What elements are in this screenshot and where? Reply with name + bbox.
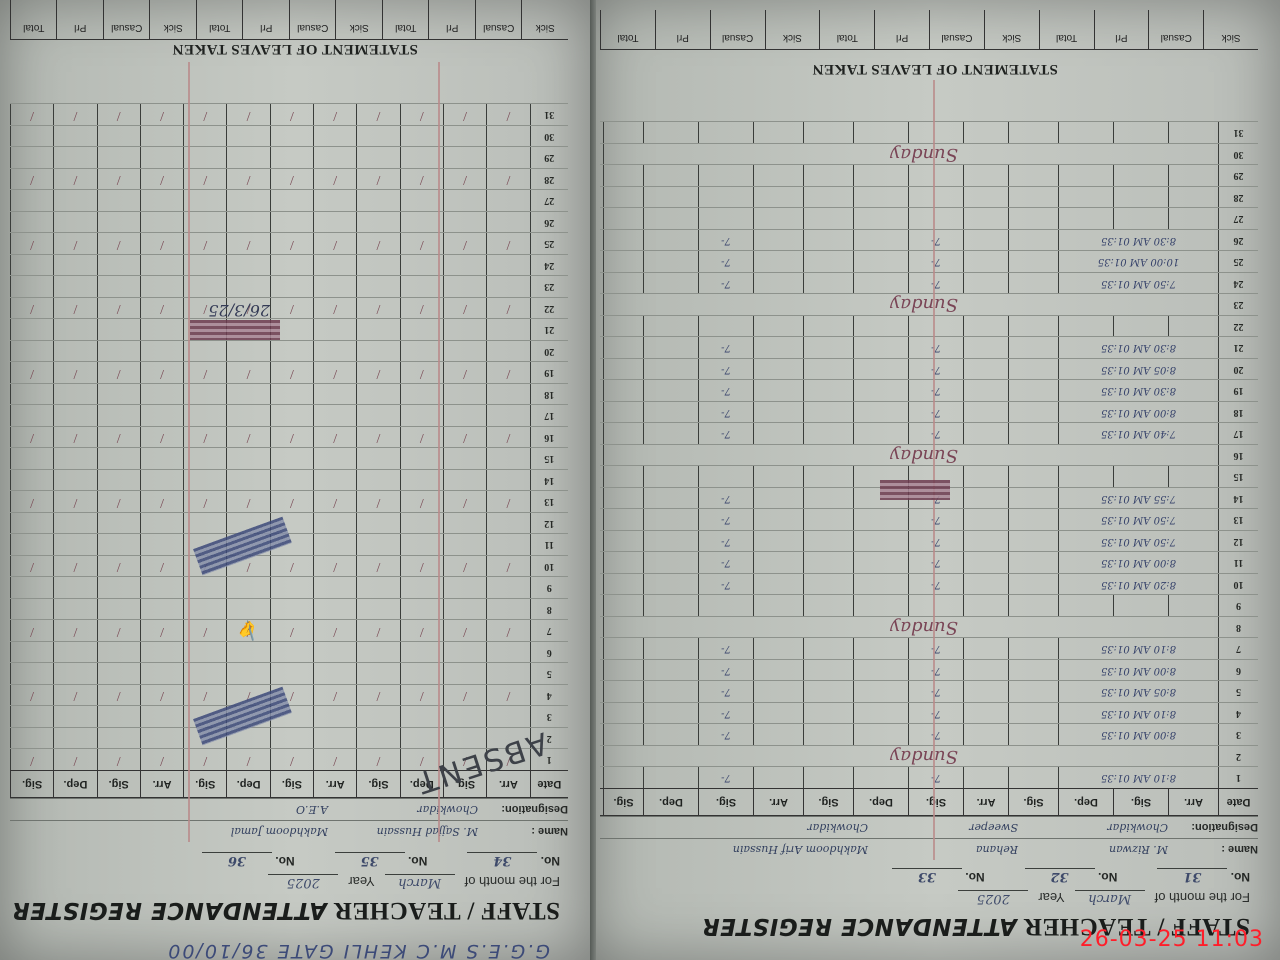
date-cell: 20 (1218, 359, 1258, 380)
table-row: 22 (600, 315, 1258, 337)
attendance-cell (643, 359, 698, 380)
attendance-cell: / (10, 298, 53, 319)
attendance-cell (226, 255, 269, 276)
attendance-cell: / (10, 492, 53, 513)
attendance-cell (1168, 187, 1218, 208)
attendance-cell (753, 467, 803, 488)
attendance-cell (1168, 123, 1218, 144)
attendance-cell: / (443, 492, 486, 513)
attendance-cell (803, 424, 853, 445)
attendance-cell: / (356, 105, 399, 126)
table-row: 218:30 AM 01:357-7- (600, 337, 1258, 359)
attendance-cell (443, 449, 486, 470)
attendance-cell (603, 381, 643, 402)
leave-column-header: Casual (475, 0, 522, 39)
attendance-cell (803, 381, 853, 402)
attendance-cell (226, 341, 269, 362)
attendance-cell (443, 599, 486, 620)
table-row: 23 (10, 276, 568, 298)
attendance-cell (643, 510, 698, 531)
table-row: 8 (10, 598, 568, 620)
attendance-cell (313, 255, 356, 276)
attendance-cell (97, 707, 140, 728)
attendance-cell (753, 682, 803, 703)
attendance-cell: / (486, 492, 529, 513)
attendance-cell (53, 406, 96, 427)
attendance-cell (963, 510, 1008, 531)
table-row: 38:00 AM 01:357-7- (600, 724, 1258, 746)
table-row: 198:30 AM 01:357-7- (600, 380, 1258, 402)
attendance-cell: / (97, 685, 140, 706)
attendance-cell (313, 212, 356, 233)
attendance-cell (97, 320, 140, 341)
attendance-cell (963, 639, 1008, 660)
attendance-cell: / (356, 492, 399, 513)
attendance-cell: / (486, 556, 529, 577)
attendance-cell (803, 510, 853, 531)
attendance-cell (356, 664, 399, 685)
attendance-cell: / (226, 750, 269, 771)
attendance-cell (908, 123, 963, 144)
attendance-cell (643, 553, 698, 574)
attendance-cell (603, 316, 643, 337)
attendance-cell (1113, 166, 1168, 187)
table-row: 10//////////// (10, 555, 568, 577)
attendance-cell (803, 252, 853, 273)
attendance-cell (443, 148, 486, 169)
date-cell: 3 (1218, 725, 1258, 746)
attendance-cell (400, 148, 443, 169)
attendance-cell (753, 725, 803, 746)
official-stamp (190, 320, 280, 340)
attendance-cell: / (270, 556, 313, 577)
date-cell: 26 (1218, 230, 1258, 251)
attendance-cell (270, 449, 313, 470)
date-cell: 4 (530, 685, 568, 706)
attendance-cell: / (443, 685, 486, 706)
attendance-cell: / (486, 685, 529, 706)
attendance-cell (643, 596, 698, 617)
attendance-cell (443, 384, 486, 405)
table-row: 19//////////// (10, 362, 568, 384)
attendance-cell (643, 338, 698, 359)
date-cell: 14 (530, 470, 568, 491)
attendance-cell: / (270, 169, 313, 190)
attendance-cell (97, 255, 140, 276)
attendance-cell (753, 252, 803, 273)
attendance-cell (10, 707, 53, 728)
attendance-cell (1113, 596, 1168, 617)
attendance-cell (753, 660, 803, 681)
attendance-cell: / (400, 234, 443, 255)
attendance-cell (753, 230, 803, 251)
attendance-cell (753, 510, 803, 531)
attendance-cell (400, 513, 443, 534)
attendance-cell (53, 277, 96, 298)
attendance-cell: / (356, 298, 399, 319)
attendance-cell (10, 255, 53, 276)
date-cell: 9 (530, 578, 568, 599)
attendance-cell (1008, 488, 1058, 509)
attendance-cell (226, 384, 269, 405)
attendance-cell (226, 148, 269, 169)
attendance-cell (803, 230, 853, 251)
leave-column-header: Sick (336, 0, 383, 39)
attendance-cell (443, 707, 486, 728)
attendance-cell: / (10, 621, 53, 642)
table-row: 118:00 AM 01:357-7- (600, 552, 1258, 574)
attendance-cell (1058, 166, 1113, 187)
attendance-cell: / (53, 169, 96, 190)
attendance-cell (400, 126, 443, 147)
attendance-cell (643, 488, 698, 509)
attendance-cell (226, 277, 269, 298)
attendance-cell (486, 341, 529, 362)
date-cell: 28 (1218, 187, 1258, 208)
statement-of-leaves-title: STATEMENT OF LEAVES TAKEN (0, 40, 590, 57)
sunday-mark: Sunday (603, 445, 1218, 466)
attendance-cell (10, 191, 53, 212)
column-header-arr: Arr. (140, 771, 183, 797)
attendance-cell: / (97, 750, 140, 771)
attendance-cell (400, 578, 443, 599)
attendance-cell (963, 166, 1008, 187)
attendance-cell: / (356, 685, 399, 706)
attendance-cell: / (486, 234, 529, 255)
attendance-cell (963, 230, 1008, 251)
attendance-cell (1168, 209, 1218, 230)
attendance-cell: / (443, 105, 486, 126)
attendance-cell (603, 230, 643, 251)
date-cell: 25 (530, 234, 568, 255)
date-cell: 3 (530, 707, 568, 728)
date-cell: 17 (1218, 424, 1258, 445)
attendance-cell (10, 320, 53, 341)
attendance-cell: / (140, 556, 183, 577)
attendance-cell (486, 599, 529, 620)
attendance-cell: / (443, 556, 486, 577)
attendance-cell (486, 212, 529, 233)
attendance-cell (853, 166, 908, 187)
attendance-cell: / (97, 621, 140, 642)
attendance-cell (486, 406, 529, 427)
attendance-cell (400, 341, 443, 362)
attendance-cell (698, 187, 753, 208)
column-header-sig: Sig. (10, 771, 53, 797)
attendance-cell (140, 535, 183, 556)
attendance-cell (10, 384, 53, 405)
attendance-cell (10, 513, 53, 534)
arrival-departure-entry: 8:30 AM 01:35 (1058, 338, 1218, 359)
attendance-cell: / (53, 105, 96, 126)
attendance-cell (53, 212, 96, 233)
attendance-cell (270, 126, 313, 147)
attendance-cell (313, 578, 356, 599)
attendance-cell (140, 255, 183, 276)
attendance-cell (853, 531, 908, 552)
attendance-cell (1008, 402, 1058, 423)
attendance-cell (643, 639, 698, 660)
signature-date: 26/3/25 (208, 301, 270, 320)
attendance-cell (908, 187, 963, 208)
attendance-cell (313, 513, 356, 534)
attendance-cell (486, 255, 529, 276)
attendance-cell (803, 574, 853, 595)
attendance-cell: / (97, 492, 140, 513)
attendance-cell (753, 553, 803, 574)
attendance-cell: 7- (698, 768, 753, 789)
attendance-cell (753, 359, 803, 380)
attendance-cell (908, 596, 963, 617)
attendance-cell (603, 703, 643, 724)
attendance-cell: / (53, 621, 96, 642)
attendance-cell: / (400, 492, 443, 513)
leave-column-header: Prl (1094, 10, 1149, 49)
attendance-cell: / (270, 492, 313, 513)
attendance-cell (643, 402, 698, 423)
year-value: 2025 (958, 890, 1028, 906)
table-row: 28 (600, 186, 1258, 208)
attendance-cell (443, 535, 486, 556)
column-header-dep: Dep. (53, 771, 96, 797)
attendance-cell (603, 273, 643, 294)
page-header: STAFF / TEACHER ATTENDANCE REGISTER For … (20, 844, 560, 924)
attendance-cell (400, 320, 443, 341)
attendance-cell (603, 166, 643, 187)
attendance-cell (803, 703, 853, 724)
date-cell: 13 (530, 492, 568, 513)
attendance-cell (356, 449, 399, 470)
attendance-cell (753, 381, 803, 402)
attendance-cell (97, 513, 140, 534)
attendance-cell: 7- (908, 725, 963, 746)
attendance-cell (803, 639, 853, 660)
attendance-cell: / (226, 169, 269, 190)
attendance-cell (356, 277, 399, 298)
attendance-cell (313, 148, 356, 169)
attendance-cell (1008, 725, 1058, 746)
attendance-cell (140, 126, 183, 147)
attendance-cell (486, 707, 529, 728)
attendance-cell: 7- (698, 338, 753, 359)
month-year-row: For the month of March Year 2025 (20, 874, 560, 890)
attendance-cell (643, 531, 698, 552)
attendance-cell (753, 123, 803, 144)
attendance-cell: 7- (908, 252, 963, 273)
arrival-departure-entry: 8:10 AM 01:35 (1058, 639, 1218, 660)
attendance-cell (1008, 209, 1058, 230)
arrival-departure-entry: 8:00 AM 01:35 (1058, 553, 1218, 574)
attendance-cell (356, 406, 399, 427)
attendance-cell (963, 381, 1008, 402)
attendance-cell (853, 338, 908, 359)
attendance-cell: / (270, 234, 313, 255)
attendance-cell (400, 664, 443, 685)
date-cell: 24 (1218, 273, 1258, 294)
attendance-cell (753, 639, 803, 660)
attendance-cell (226, 126, 269, 147)
table-row: 25//////////// (10, 233, 568, 255)
attendance-cell: / (10, 234, 53, 255)
attendance-cell (853, 187, 908, 208)
date-cell: 30 (530, 126, 568, 147)
attendance-cell: / (400, 105, 443, 126)
arrival-departure-entry: 8:05 AM 01:35 (1058, 359, 1218, 380)
date-cell: 4 (1218, 703, 1258, 724)
attendance-cell: 7- (908, 574, 963, 595)
attendance-cell (140, 406, 183, 427)
attendance-cell (963, 682, 1008, 703)
attendance-cell: 7- (908, 682, 963, 703)
attendance-cell: / (140, 105, 183, 126)
attendance-cell (643, 467, 698, 488)
attendance-cell (443, 578, 486, 599)
attendance-cell: / (356, 556, 399, 577)
attendance-cell (400, 728, 443, 749)
attendance-cell: / (97, 105, 140, 126)
attendance-cell (853, 725, 908, 746)
attendance-cell (270, 470, 313, 491)
attendance-cell (803, 682, 853, 703)
attendance-cell (356, 212, 399, 233)
attendance-cell (356, 191, 399, 212)
attendance-cell: 7- (698, 510, 753, 531)
attendance-cell (486, 384, 529, 405)
attendance-cell (486, 642, 529, 663)
attendance-cell (853, 510, 908, 531)
attendance-cell (803, 725, 853, 746)
attendance-cell (603, 725, 643, 746)
attendance-cell (97, 148, 140, 169)
attendance-cell: 7- (908, 230, 963, 251)
attendance-cell (486, 535, 529, 556)
attendance-cell (853, 682, 908, 703)
attendance-cell (140, 384, 183, 405)
date-cell: 1 (1218, 768, 1258, 789)
attendance-cell (803, 123, 853, 144)
leave-column-header: Prl (874, 10, 929, 49)
attendance-cell: / (313, 556, 356, 577)
date-cell: 25 (1218, 252, 1258, 273)
attendance-cell (356, 535, 399, 556)
arrival-departure-entry: 8:00 AM 01:35 (1058, 660, 1218, 681)
attendance-cell (53, 320, 96, 341)
leave-column-header: Casual (710, 10, 765, 49)
attendance-cell (1008, 660, 1058, 681)
attendance-cell (803, 338, 853, 359)
attendance-cell (226, 406, 269, 427)
attendance-cell (853, 252, 908, 273)
table-row: 58:05 AM 01:357-7- (600, 681, 1258, 703)
attendance-cell (53, 535, 96, 556)
attendance-cell (853, 273, 908, 294)
attendance-cell: / (443, 234, 486, 255)
attendance-cell: / (97, 427, 140, 448)
table-row: 108:20 AM 01:357-7- (600, 573, 1258, 595)
attendance-cell (443, 191, 486, 212)
table-row: 30Sunday (600, 143, 1258, 165)
attendance-cell (443, 642, 486, 663)
attendance-cell (53, 599, 96, 620)
attendance-cell: / (140, 234, 183, 255)
attendance-cell (356, 148, 399, 169)
attendance-cell (313, 406, 356, 427)
attendance-cell (140, 341, 183, 362)
attendance-cell: / (270, 621, 313, 642)
attendance-cell (1008, 338, 1058, 359)
camera-timestamp: 26-03-25 11:03 (1080, 927, 1264, 952)
attendance-cell (400, 642, 443, 663)
attendance-cell (963, 596, 1008, 617)
date-cell: 2 (1218, 746, 1258, 767)
designation-row: Designation: Chowkidar Sweeper Chowkidar (600, 816, 1258, 838)
attendance-cell (853, 402, 908, 423)
attendance-cell: 7- (698, 252, 753, 273)
date-cell: 6 (1218, 660, 1258, 681)
attendance-cell (643, 574, 698, 595)
attendance-cell (400, 599, 443, 620)
attendance-cell (400, 535, 443, 556)
month-value: March (1075, 890, 1145, 906)
attendance-cell (1008, 467, 1058, 488)
attendance-cell (753, 209, 803, 230)
table-row: 27 (600, 208, 1258, 230)
attendance-cell (853, 703, 908, 724)
attendance-cell (443, 406, 486, 427)
attendance-cell (1008, 553, 1058, 574)
attendance-cell (486, 277, 529, 298)
attendance-cell (97, 535, 140, 556)
attendance-cell: 7- (908, 273, 963, 294)
attendance-cell (356, 513, 399, 534)
column-header-sig: Sig. (97, 771, 140, 797)
table-row: 7//////////// (10, 620, 568, 642)
attendance-cell (270, 384, 313, 405)
attendance-cell: / (270, 105, 313, 126)
attendance-cell (603, 252, 643, 273)
attendance-cell (643, 660, 698, 681)
attendance-cell (97, 599, 140, 620)
leave-column-header: Prl (655, 10, 710, 49)
attendance-cell: / (400, 621, 443, 642)
attendance-cell: / (313, 105, 356, 126)
attendance-cell (803, 402, 853, 423)
attendance-cell: / (140, 363, 183, 384)
date-cell: 31 (1218, 123, 1258, 144)
leave-column-header: Total (819, 10, 874, 49)
staff-numbers: No. 34 No. 35 No. 36 (20, 852, 560, 868)
attendance-cell: / (313, 298, 356, 319)
attendance-cell (963, 768, 1008, 789)
attendance-cell (963, 402, 1008, 423)
table-row: 18:10 AM 01:357-7- (600, 767, 1258, 789)
attendance-cell (963, 209, 1008, 230)
attendance-cell (53, 642, 96, 663)
attendance-cell: / (10, 556, 53, 577)
attendance-cell (53, 728, 96, 749)
year-value: 2025 (268, 874, 338, 890)
attendance-cell (698, 467, 753, 488)
attendance-cell (313, 384, 356, 405)
date-cell: 18 (530, 384, 568, 405)
leave-column-header: Casual (1148, 10, 1203, 49)
table-row: 177:40 AM 01:357-7- (600, 423, 1258, 445)
attendance-cell (908, 166, 963, 187)
arrival-departure-entry: 7:50 AM 01:35 (1058, 273, 1218, 294)
attendance-cell (97, 664, 140, 685)
arrival-departure-entry: 8:00 AM 01:35 (1058, 402, 1218, 423)
attendance-cell (603, 187, 643, 208)
